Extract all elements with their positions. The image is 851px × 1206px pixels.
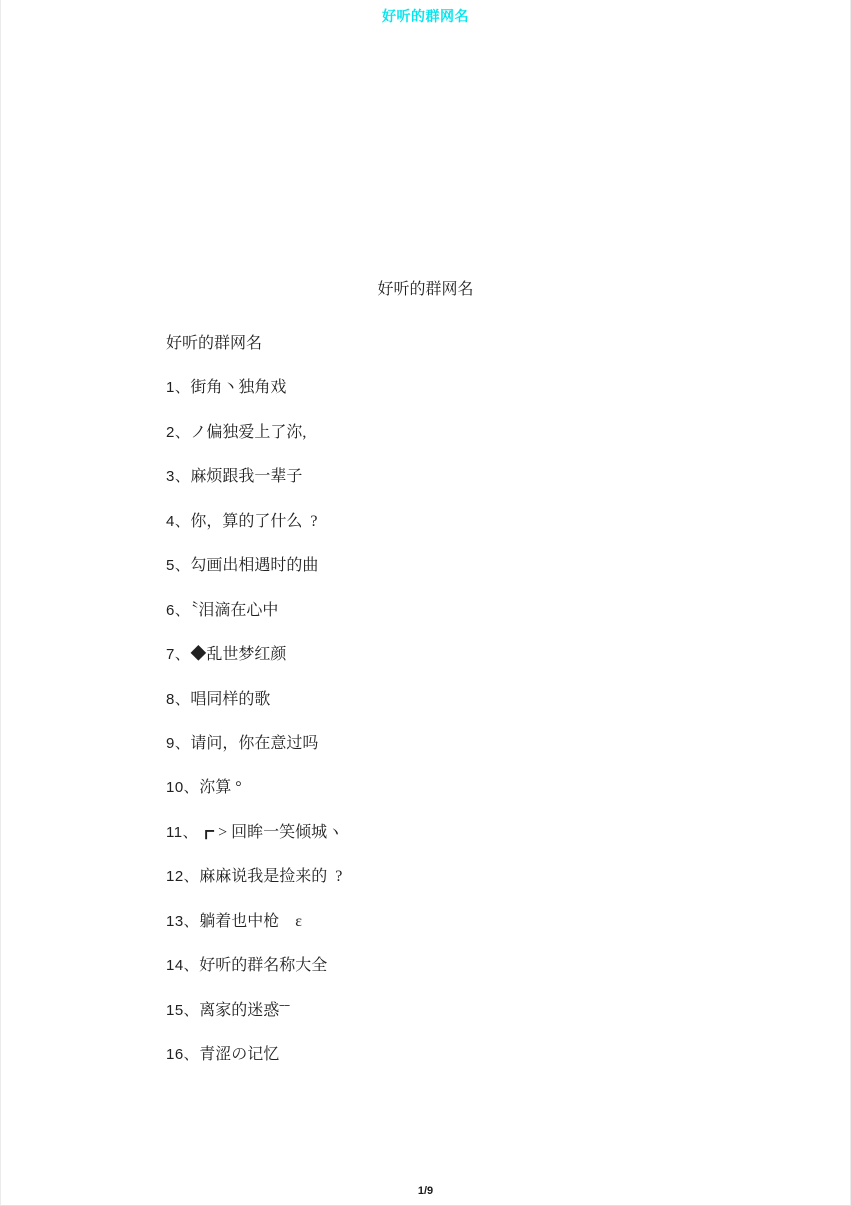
item-number: 13、 [166,913,199,930]
list-item: 7、◆乱世梦红颜 [166,646,790,690]
document-title: 好听的群网名 [1,276,850,299]
item-number: 5、 [166,557,190,574]
item-text: 麻麻说我是捡来的 ? [199,868,342,885]
item-number: 9、 [166,735,190,752]
list-item: 16、青涩の记忆 [166,1046,790,1090]
item-text: 离家的迷惑ˉˉ [199,1002,290,1019]
list-item: 13、躺着也中枪 ε [166,913,790,957]
list-item: 14、好听的群名称大全 [166,957,790,1001]
document-page: 好听的群网名 好听的群网名 好听的群网名 1、街角丶独角戏 2、ノ偏独爱上了沵,… [0,0,851,1206]
list-item: 6、〝泪滴在心中 [166,602,790,646]
document-body: 好听的群网名 1、街角丶独角戏 2、ノ偏独爱上了沵, 3、麻烦跟我一辈子 4、你… [166,335,790,1090]
item-number: 12、 [166,868,199,885]
item-text: 青涩の记忆 [199,1046,279,1063]
item-text: 唱同样的歌 [190,691,270,708]
item-text: 你，算的了什么 ? [190,513,317,530]
item-text: ┏ > 回眸一笑倾城ヽ [198,824,343,841]
item-text: 请问，你在意过吗 [190,735,318,752]
page-number: 1/9 [1,1185,850,1197]
list-item: 3、麻烦跟我一辈子 [166,468,790,512]
item-text: 街角丶独角戏 [190,379,286,396]
item-text: 好听的群名称大全 [199,957,327,974]
list-item: 4、你，算的了什么 ? [166,513,790,557]
item-text: ◆乱世梦红颜 [190,646,286,663]
item-number: 14、 [166,957,199,974]
item-text: ノ偏独爱上了沵, [190,424,306,441]
page-header-title: 好听的群网名 [1,6,850,26]
item-text: 勾画出相遇时的曲 [190,557,318,574]
list-item: 12、麻麻说我是捡来的 ? [166,868,790,912]
item-number: 4、 [166,513,190,530]
list-item: 9、请问，你在意过吗 [166,735,790,779]
item-text: 〝泪滴在心中 [190,602,278,619]
item-number: 3、 [166,468,190,485]
item-number: 11、 [166,824,198,841]
item-number: 1、 [166,379,190,396]
list-item: 10、沵算 ° [166,779,790,823]
list-item: 2、ノ偏独爱上了沵, [166,424,790,468]
item-number: 7、 [166,646,190,663]
list-heading: 好听的群网名 [166,335,790,379]
item-text: 麻烦跟我一辈子 [190,468,302,485]
list-item: 11、┏ > 回眸一笑倾城ヽ [166,824,790,868]
item-number: 2、 [166,424,190,441]
item-number: 6、 [166,602,190,619]
item-number: 8、 [166,691,190,708]
item-number: 10、 [166,779,199,796]
list-item: 5、勾画出相遇时的曲 [166,557,790,601]
list-item: 15、离家的迷惑ˉˉ [166,1002,790,1046]
item-text: 沵算 ° [199,779,241,796]
item-number: 16、 [166,1046,199,1063]
list-item: 1、街角丶独角戏 [166,379,790,423]
item-text: 躺着也中枪 ε [199,913,302,930]
list-item: 8、唱同样的歌 [166,691,790,735]
item-number: 15、 [166,1002,199,1019]
